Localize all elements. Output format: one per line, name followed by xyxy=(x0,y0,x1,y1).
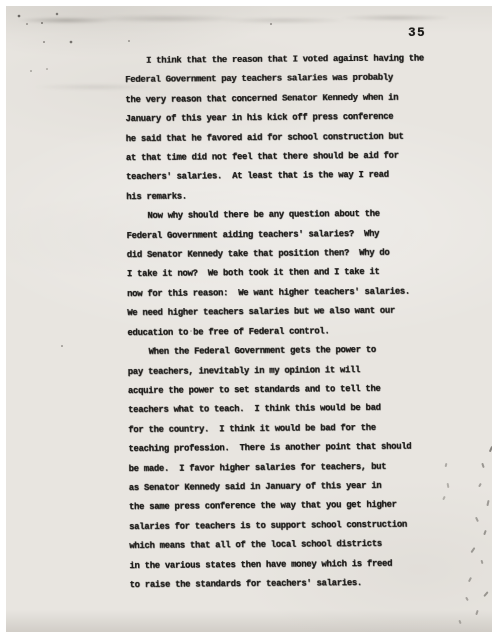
scan-scratch xyxy=(470,547,475,553)
document-page: 35 I think that the reason that I voted … xyxy=(6,6,492,632)
scan-scratch xyxy=(465,597,468,601)
text-line: to raise the standards for teachers' sal… xyxy=(130,573,442,595)
scan-scratch xyxy=(486,500,489,506)
scan-scratch xyxy=(481,560,484,564)
text-line: January of this year in his kick off pre… xyxy=(126,107,438,129)
scan-speckles xyxy=(6,6,8,8)
scan-scratch xyxy=(468,577,472,582)
text-line: We need higher teachers salaries but we … xyxy=(127,302,439,324)
scan-scratch xyxy=(481,463,484,468)
scan-scratch xyxy=(447,483,449,488)
text-line: education to be free of Federal control. xyxy=(127,321,439,343)
scan-scratch xyxy=(445,463,448,467)
page-number: 35 xyxy=(408,26,426,40)
scan-scratch xyxy=(489,446,492,452)
paragraph: I think that the reason that I voted aga… xyxy=(125,49,438,207)
text-line: the very reason that concerned Senator K… xyxy=(125,88,437,110)
scan-bottom-shade xyxy=(6,610,492,632)
text-line: teachers what to teach. I think this wou… xyxy=(128,399,440,421)
text-line: acquire the power to set standards and t… xyxy=(128,379,440,401)
text-line: When the Federal Government gets the pow… xyxy=(128,340,440,362)
scan-scratch xyxy=(442,496,445,500)
scan-smudge-top xyxy=(14,11,448,28)
paragraph: Now why should there be any question abo… xyxy=(126,205,439,344)
text-block: I think that the reason that I voted aga… xyxy=(125,49,442,595)
text-line: pay teachers, inevitably in my opinion i… xyxy=(128,360,440,382)
text-line: which means that all of the local school… xyxy=(129,534,441,556)
text-line: be made. I favor higher salaries for tea… xyxy=(129,457,441,479)
text-line: teaching profession. There is another po… xyxy=(128,437,440,459)
scan-scratch xyxy=(483,530,486,535)
scan-scratch xyxy=(483,591,488,597)
scan-scratch xyxy=(475,517,479,522)
text-line: now for this reason: We want higher teac… xyxy=(127,282,439,304)
text-line: teachers' salaries. At least that is the… xyxy=(126,166,438,188)
text-line: Federal Government pay teachers salaries… xyxy=(125,69,437,91)
scan-scratch xyxy=(478,483,481,487)
text-line: I think that the reason that I voted aga… xyxy=(125,49,437,71)
text-line: he said that he favored aid for school c… xyxy=(126,127,438,149)
screenshot-root: { "document": { "page_number": "35", "pa… xyxy=(0,0,497,640)
text-line: salaries for teachers is to support scho… xyxy=(129,515,441,537)
text-line: in the various states then have money wh… xyxy=(129,554,441,576)
paragraph: When the Federal Government gets the pow… xyxy=(128,340,442,595)
text-line: the same press conference the way that y… xyxy=(129,496,441,518)
text-line: for the country. I think it would be bad… xyxy=(128,418,440,440)
text-line: at that time did not feel that there sho… xyxy=(126,146,438,168)
text-line: as Senator Kennedy said in January of th… xyxy=(129,476,441,498)
